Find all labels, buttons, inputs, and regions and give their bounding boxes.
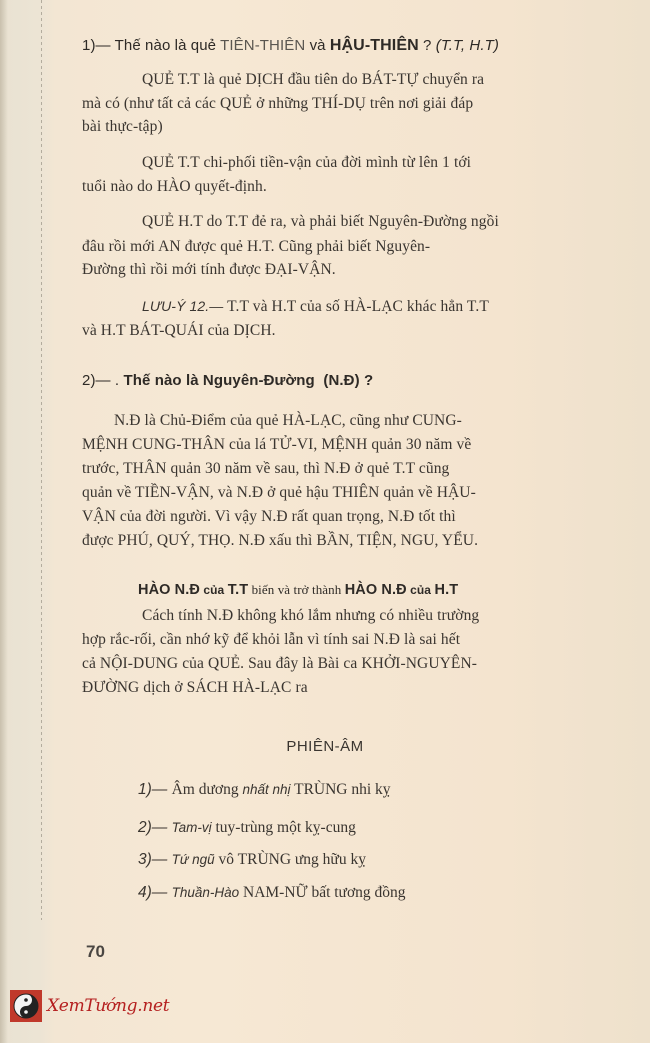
verse-line: 2)— Tam-vị tuy-trùng một kỵ-cung — [138, 819, 356, 837]
note-label: LƯU-Ý 12.— — [142, 298, 223, 314]
question-1-heading: 1)— Thế nào là quẻ TIÊN-THIÊN và HẬU-THI… — [82, 37, 499, 55]
paragraph-line: được PHÚ, QUÝ, THỌ. N.Đ xấu thì BẦN, TIỆ… — [82, 532, 478, 550]
paragraph-line: tuổi nào do HÀO quyết-định. — [82, 178, 267, 196]
paragraph-line: QUẺ H.T do T.T đẻ ra, và phải biết Nguyê… — [142, 213, 499, 231]
paragraph-line: QUẺ T.T chi-phối tiền-vận của đời mình t… — [142, 154, 471, 172]
paragraph-line: mà có (như tất cả các QUẺ ở những THÍ-DỤ… — [82, 95, 473, 113]
paragraph-line: ĐƯỜNG dịch ở SÁCH HÀ-LẠC ra — [82, 679, 308, 697]
paragraph-line: hợp rắc-rối, cần nhớ kỹ để khỏi lẫn vì t… — [82, 631, 460, 649]
paragraph-line: VẬN của đời người. Vì vậy N.Đ rất quan t… — [82, 508, 456, 526]
paragraph-line: MỆNH CUNG-THÂN của lá TỬ-VI, MỆNH quản 3… — [82, 436, 471, 454]
paragraph-line: Cách tính N.Đ không khó lắm nhưng có nhi… — [142, 607, 479, 625]
verse-line: 3)— Tứ ngũ vô TRÙNG ưng hữu kỵ — [138, 851, 366, 869]
subheading: HÀO N.Đ của T.T biến và trở thành HÀO N.… — [138, 582, 458, 598]
paragraph-line: đâu rồi mới AN được quẻ H.T. Cũng phải b… — [82, 238, 430, 256]
question-2-heading: 2)— . Thế nào là Nguyên-Đường (N.Đ) ? — [82, 372, 373, 389]
note-line: và H.T BÁT-QUÁI của DỊCH. — [82, 322, 276, 340]
yin-yang-icon — [10, 990, 42, 1022]
verse-line: 1)— Âm dương nhất nhị TRÙNG nhi kỵ — [138, 781, 391, 799]
verse-line: 4)— Thuần-Hào NAM-NỮ bất tương đồng — [138, 884, 406, 902]
note-line: LƯU-Ý 12.— T.T và H.T của số HÀ-LẠC khác… — [142, 298, 489, 316]
paragraph-line: cả NỘI-DUNG của QUẺ. Sau đây là Bài ca K… — [82, 655, 477, 673]
watermark-text: XemTướng.net — [47, 996, 169, 1016]
paragraph-line: QUẺ T.T là quẻ DỊCH đầu tiên do BÁT-TỰ c… — [142, 71, 484, 89]
paragraph-line: N.Đ là Chủ-Điểm của quẻ HÀ-LẠC, cũng như… — [114, 412, 462, 430]
paragraph-line: bài thực-tập) — [82, 118, 163, 136]
page-number: 70 — [86, 942, 105, 962]
paragraph-line: trước, THÂN quản 30 năm về sau, thì N.Đ … — [82, 460, 449, 478]
book-page: 1)— Thế nào là quẻ TIÊN-THIÊN và HẬU-THI… — [0, 0, 650, 1043]
paragraph-line: Đường thì rồi mới tính được ĐẠI-VẬN. — [82, 261, 336, 279]
section-title: PHIÊN-ÂM — [0, 738, 650, 755]
paragraph-line: quản về TIỀN-VẬN, và N.Đ ở quẻ hậu THIÊN… — [82, 484, 476, 502]
watermark-logo[interactable]: XemTướng.net — [10, 990, 169, 1022]
